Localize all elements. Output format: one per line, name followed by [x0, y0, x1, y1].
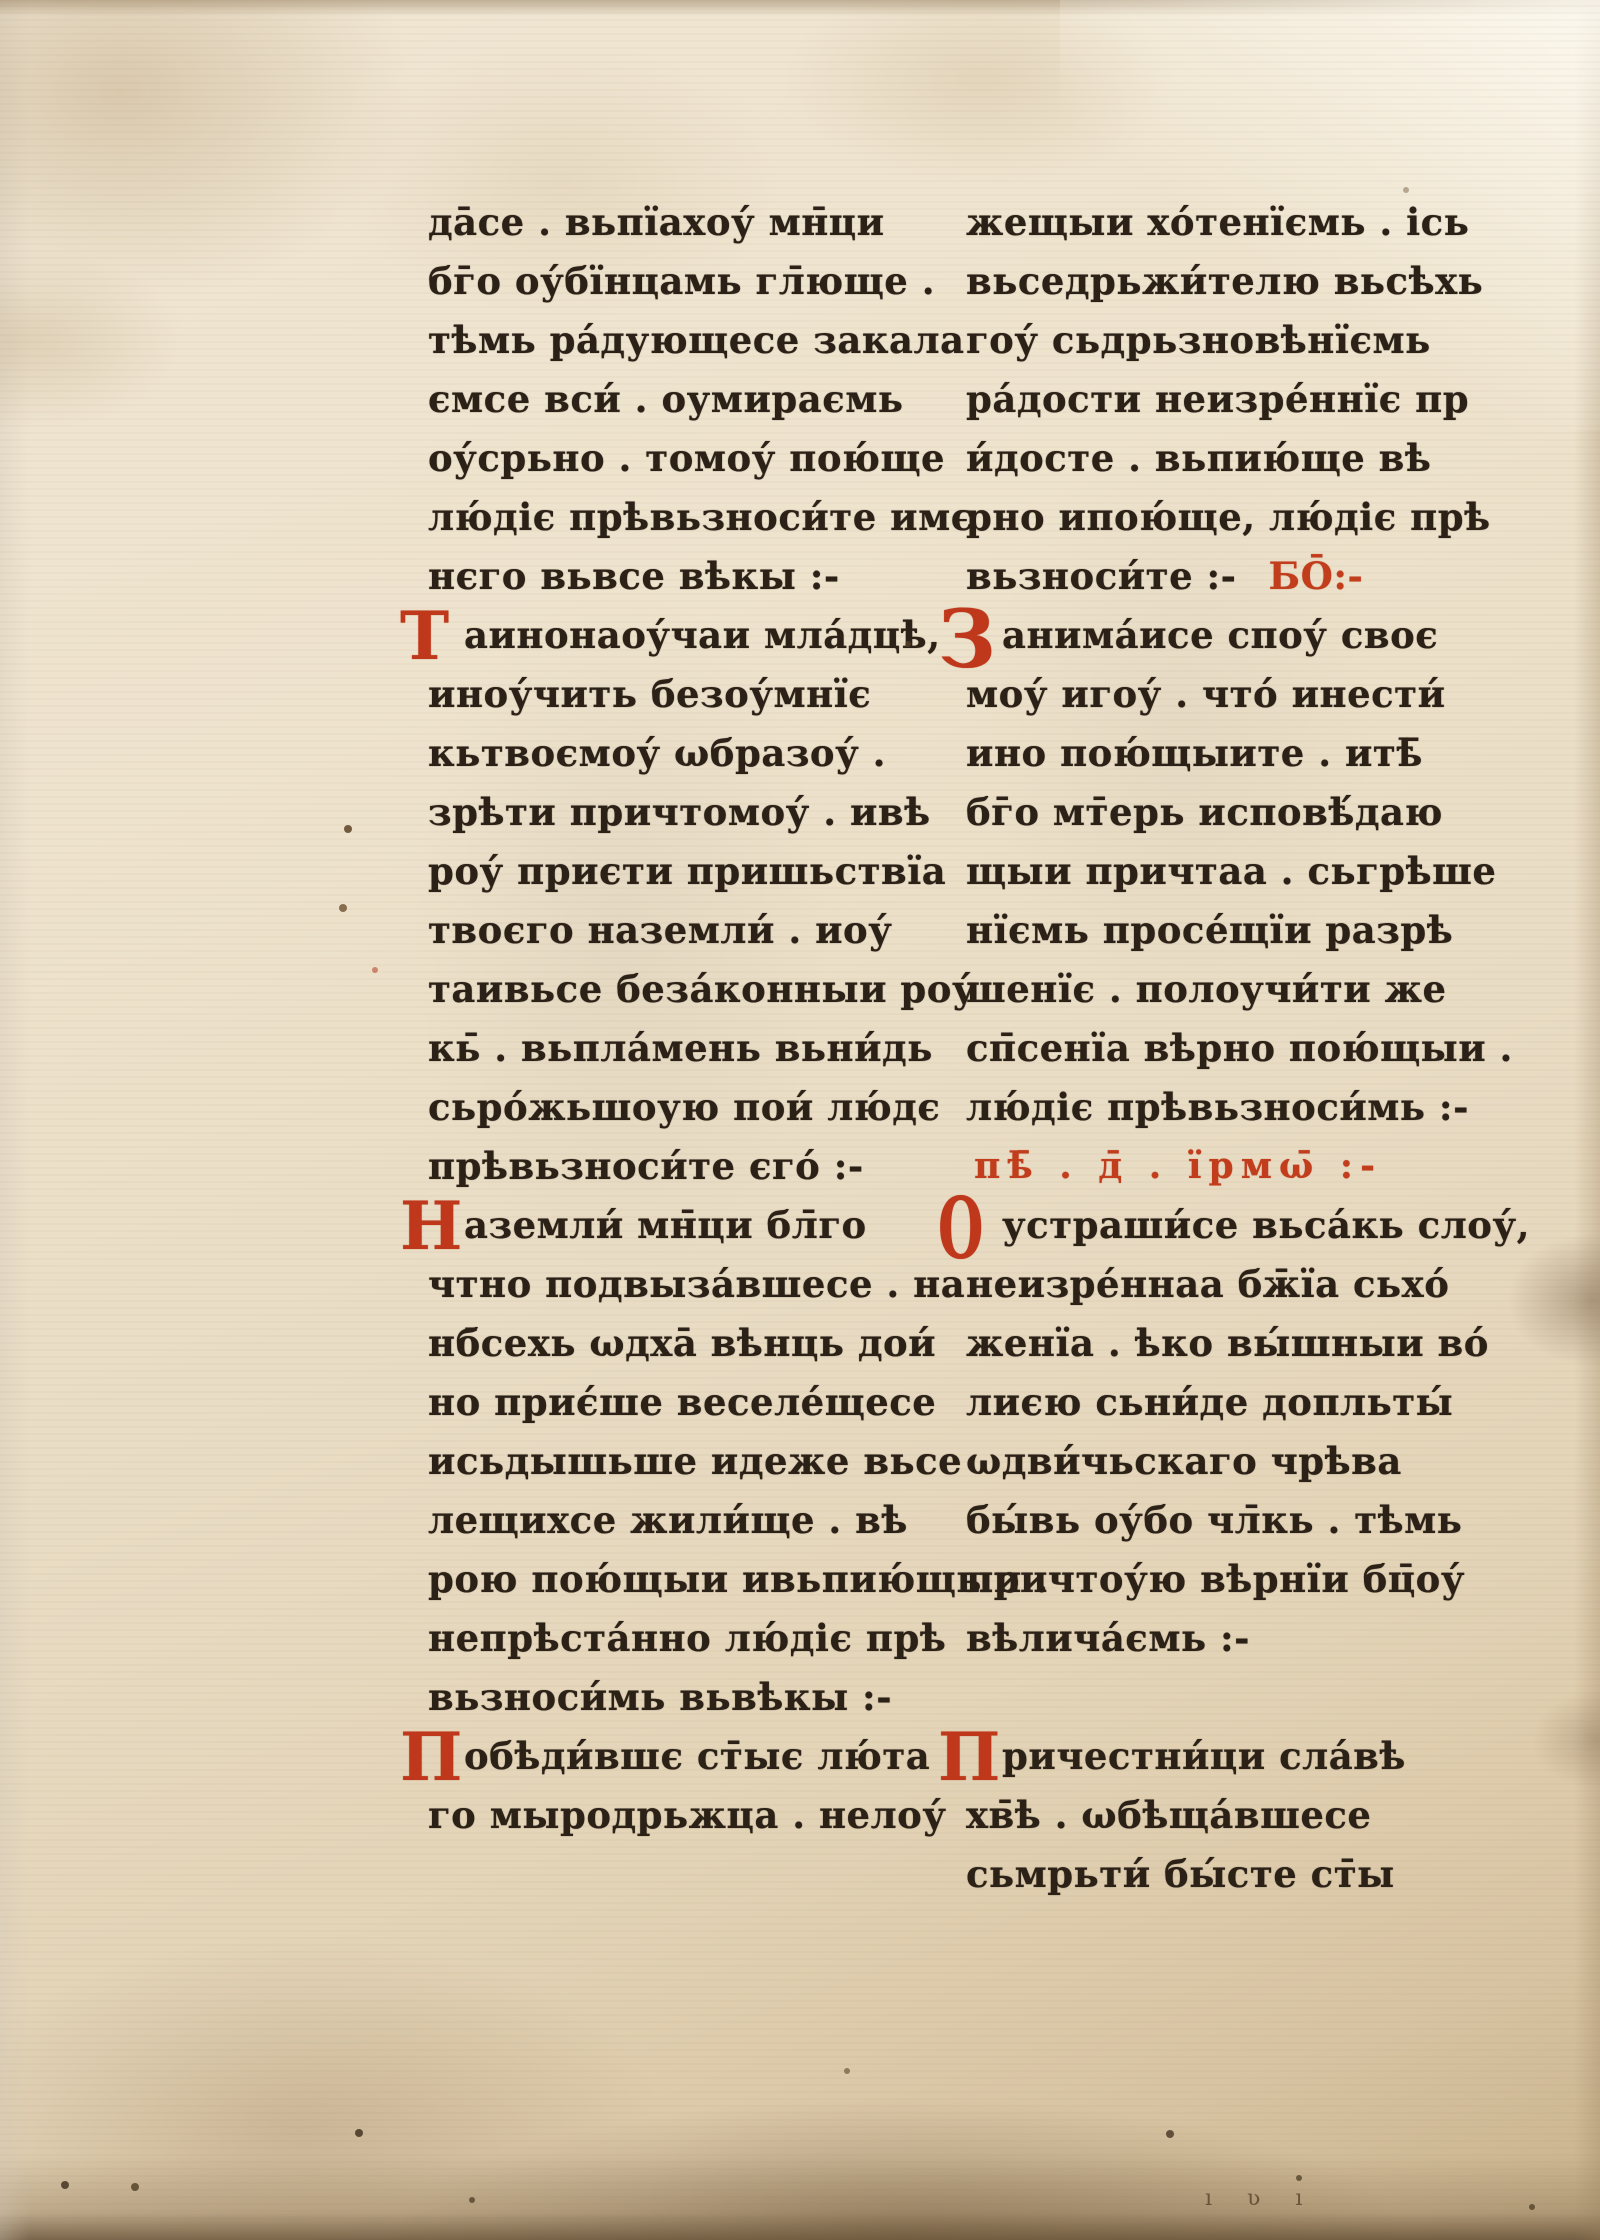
- manuscript-line: Побѣди́вшє ст̄ыє лю́та: [428, 1730, 898, 1789]
- manuscript-line: исьдышьше идеже вьсе: [428, 1435, 898, 1494]
- manuscript-line: бы́вь оу́бо чл̄кь . тѣмь: [966, 1494, 1414, 1553]
- line-text: хв̄ѣ . ωбѣща́вшесе: [966, 1793, 1371, 1837]
- manuscript-line: роу́ приєти пришьствїа: [428, 845, 898, 904]
- line-text: иноу́чить безоу́мнїє: [428, 672, 871, 716]
- manuscript-line: прѣвьзноси́те єго́ :-: [428, 1140, 898, 1199]
- red-initial: З: [938, 599, 996, 679]
- line-text: го мыродрьжца . нелоу́: [428, 1793, 947, 1837]
- manuscript-line: гоу́ сьдрьзновѣнїємь: [966, 314, 1414, 373]
- line-text: ино пою́щыите . итѣ̄: [966, 731, 1423, 775]
- manuscript-line: ємсе вси́ . оумираємь: [428, 373, 898, 432]
- manuscript-line: лещихсе жили́ще . вѣ: [428, 1494, 898, 1553]
- line-text: рно ипою́ще, лю́діє прѣ: [966, 495, 1491, 539]
- line-text: тѣмь ра́дующесе закала: [428, 318, 965, 362]
- manuscript-line: нб̄сехь ωдха̄ вѣнць дои́: [428, 1317, 898, 1376]
- line-text: лю́діє прѣвьзноси́те имє: [428, 495, 974, 539]
- manuscript-line: чтно подвыза́вшесе . на: [428, 1258, 898, 1317]
- line-text: устраши́се вьса́кь слоу́,: [1002, 1203, 1530, 1247]
- manuscript-line: но приє́ше веселе́щесе: [428, 1376, 898, 1435]
- manuscript-line: тѣмь ра́дующесе закала: [428, 314, 898, 373]
- manuscript-line: хв̄ѣ . ωбѣща́вшесе: [966, 1789, 1414, 1848]
- manuscript-line: Наземли́ мн̄ци бл̄го: [428, 1199, 898, 1258]
- line-text: твоєго наземли́ . иоу́: [428, 908, 892, 952]
- line-text: таивьсе беза́конныи роу́: [428, 967, 976, 1011]
- manuscript-line: сп̄сенїа вѣрно пою́щыи .: [966, 1022, 1414, 1081]
- line-text: вьзноси́мь вьвѣкы :-: [428, 1675, 892, 1719]
- manuscript-line: вьзноси́мь вьвѣкы :-: [428, 1671, 898, 1730]
- red-initial: Т: [400, 603, 450, 669]
- line-text: бг̄о оу́бїнцамь гл̄юще .: [428, 259, 935, 303]
- red-initial: П: [938, 1724, 1001, 1790]
- manuscript-line: рно ипою́ще, лю́діє прѣ: [966, 491, 1414, 550]
- manuscript-line: Оустраши́се вьса́кь слоу́,: [966, 1199, 1414, 1258]
- line-text: сп̄сенїа вѣрно пою́щыи .: [966, 1026, 1513, 1070]
- right-text-column: жещыи хо́тенїємь . ісьвьседрьжи́телю вьс…: [966, 196, 1414, 1907]
- line-text: и́досте . вьпию́ще вѣ: [966, 436, 1431, 480]
- line-text: женїа . ѣко вы́шныи во́: [966, 1321, 1489, 1365]
- manuscript-line: ино пою́щыите . итѣ̄: [966, 727, 1414, 786]
- line-text: оу́срьно . томоу́ пою́ще: [428, 436, 945, 480]
- manuscript-line: моу́ игоу́ . что́ инести́: [966, 668, 1414, 727]
- line-text: лиєю сьни́де допльты́: [966, 1380, 1453, 1424]
- line-text: шенїє . полоучи́ти же: [966, 967, 1447, 1011]
- manuscript-line: твоєго наземли́ . иоу́: [428, 904, 898, 963]
- line-text: моу́ игоу́ . что́ инести́: [966, 672, 1446, 716]
- red-initial: П: [400, 1724, 463, 1790]
- manuscript-line: женїа . ѣко вы́шныи во́: [966, 1317, 1414, 1376]
- manuscript-line: [966, 1671, 1414, 1730]
- manuscript-line: да̄се . вьпїахоу́ мн̄ци: [428, 196, 898, 255]
- manuscript-line: непрѣста́нно лю́діє прѣ: [428, 1612, 898, 1671]
- line-text: вьседрьжи́телю вьсѣхь: [966, 259, 1483, 303]
- line-text: жещыи хо́тенїємь . ісь: [966, 200, 1469, 244]
- manuscript-line: кьтвоємоу́ ωбразоу́ .: [428, 727, 898, 786]
- line-text: бы́вь оу́бо чл̄кь . тѣмь: [966, 1498, 1462, 1542]
- left-text-column: да̄се . вьпїахоу́ мн̄цибг̄о оу́бїнцамь г…: [428, 196, 898, 1848]
- line-text: неизре́ннаа бж̄їа сьхо́: [966, 1262, 1449, 1306]
- line-text: бг̄о мт̄ерь исповѣ́даю: [966, 790, 1443, 834]
- line-text: рою пою́щыи ивьпию́щыи .: [428, 1557, 1049, 1601]
- line-text: обѣди́вшє ст̄ыє лю́та: [464, 1734, 930, 1778]
- line-text: гоу́ сьдрьзновѣнїємь: [966, 318, 1431, 362]
- manuscript-line: оу́срьно . томоу́ пою́ще: [428, 432, 898, 491]
- manuscript-line: вѣлича́ємь :-: [966, 1612, 1414, 1671]
- line-text: нєго вьвсе вѣкы :-: [428, 554, 840, 598]
- manuscript-line: нїємь просе́щїи разрѣ: [966, 904, 1414, 963]
- line-text: анима́исе споу́ своє: [1002, 613, 1438, 657]
- manuscript-line: неизре́ннаа бж̄їа сьхо́: [966, 1258, 1414, 1317]
- line-text: щыи причтаа . сьгрѣше: [966, 849, 1496, 893]
- manuscript-line: жещыи хо́тенїємь . ісь: [966, 196, 1414, 255]
- paper-specks: [0, 0, 4, 4]
- manuscript-line: вьседрьжи́телю вьсѣхь: [966, 255, 1414, 314]
- line-text: кьтвоємоу́ ωбразоу́ .: [428, 731, 886, 775]
- manuscript-line: рою пою́щыи ивьпию́щыи .: [428, 1553, 898, 1612]
- manuscript-line: щыи причтаа . сьгрѣше: [966, 845, 1414, 904]
- manuscript-line: ωдви́чьскаго чрѣва: [966, 1435, 1414, 1494]
- line-text: лещихсе жили́ще . вѣ: [428, 1498, 908, 1542]
- manuscript-line: сьро́жьшоую пои́ лю́дє: [428, 1081, 898, 1140]
- manuscript-line: бг̄о оу́бїнцамь гл̄юще .: [428, 255, 898, 314]
- line-text: роу́ приєти пришьствїа: [428, 849, 946, 893]
- line-text: аинонаоу́чаи мла́дцѣ,: [464, 613, 941, 657]
- manuscript-line: зрѣти причтомоу́ . ивѣ: [428, 786, 898, 845]
- line-text: пѣ̄ . д̄ . їрмω̄ :-: [974, 1145, 1382, 1187]
- manuscript-line: иноу́чить безоу́мнїє: [428, 668, 898, 727]
- line-text: нб̄сехь ωдха̄ вѣнць дои́: [428, 1321, 936, 1365]
- line-text: кь̄ . вьпла́мень вьни́дь: [428, 1026, 933, 1070]
- line-text: ра́дости неизре́ннїє пр: [966, 377, 1469, 421]
- line-text: вѣлича́ємь :-: [966, 1616, 1250, 1660]
- line-text: зрѣти причтомоу́ . ивѣ: [428, 790, 931, 834]
- red-annotation: БО̄:-: [1237, 554, 1364, 598]
- manuscript-line: лю́діє прѣвьзноси́те имє: [428, 491, 898, 550]
- line-text: ємсе вси́ . оумираємь: [428, 377, 904, 421]
- manuscript-line: бг̄о мт̄ерь исповѣ́даю: [966, 786, 1414, 845]
- manuscript-line: Таинонаоу́чаи мла́дцѣ,: [428, 609, 898, 668]
- manuscript-line: Причестни́ци сла́вѣ: [966, 1730, 1414, 1789]
- line-text: сьмрьти́ бы́сте ст̄ы: [966, 1852, 1395, 1896]
- manuscript-line: Занима́исе споу́ своє: [966, 609, 1414, 668]
- manuscript-line: нєго вьвсе вѣкы :-: [428, 550, 898, 609]
- manuscript-line: кь̄ . вьпла́мень вьни́дь: [428, 1022, 898, 1081]
- manuscript-line: сьмрьти́ бы́сте ст̄ы: [966, 1848, 1414, 1907]
- manuscript-line: ра́дости неизре́ннїє пр: [966, 373, 1414, 432]
- line-text: непрѣста́нно лю́діє прѣ: [428, 1616, 946, 1660]
- line-text: сьро́жьшоую пои́ лю́дє: [428, 1085, 940, 1129]
- manuscript-line: лиєю сьни́де допльты́: [966, 1376, 1414, 1435]
- manuscript-line: вьзноси́те :-БО̄:-: [966, 550, 1414, 609]
- line-text: причтоу́ю вѣрнїи бц̄оу́: [966, 1557, 1465, 1601]
- line-text: вьзноси́те :-: [966, 554, 1237, 598]
- manuscript-line: и́досте . вьпию́ще вѣ: [966, 432, 1414, 491]
- line-text: нїємь просе́щїи разрѣ: [966, 908, 1453, 952]
- manuscript-line: го мыродрьжца . нелоу́: [428, 1789, 898, 1848]
- rubric-line: пѣ̄ . д̄ . їрмω̄ :-: [966, 1140, 1414, 1199]
- line-text: но приє́ше веселе́щесе: [428, 1380, 936, 1424]
- manuscript-line: причтоу́ю вѣрнїи бц̄оу́: [966, 1553, 1414, 1612]
- line-text: ωдви́чьскаго чрѣва: [966, 1439, 1402, 1483]
- manuscript-line: шенїє . полоучи́ти же: [966, 963, 1414, 1022]
- line-text: да̄се . вьпїахоу́ мн̄ци: [428, 200, 885, 244]
- red-initial: Н: [400, 1193, 463, 1259]
- manuscript-line: лю́діє прѣвьзноси́мь :-: [966, 1081, 1414, 1140]
- line-text: прѣвьзноси́те єго́ :-: [428, 1144, 864, 1188]
- line-text: чтно подвыза́вшесе . на: [428, 1262, 965, 1306]
- line-text: исьдышьше идеже вьсе: [428, 1439, 962, 1483]
- manuscript-photo: да̄се . вьпїахоу́ мн̄цибг̄о оу́бїнцамь г…: [0, 0, 1600, 2240]
- line-text: лю́діє прѣвьзноси́мь :-: [966, 1085, 1469, 1129]
- manuscript-line: таивьсе беза́конныи роу́: [428, 963, 898, 1022]
- line-text: аземли́ мн̄ци бл̄го: [464, 1203, 867, 1247]
- bottom-edge-marks: ı ʋ ı: [1205, 2186, 1316, 2211]
- line-text: ричестни́ци сла́вѣ: [1002, 1734, 1406, 1778]
